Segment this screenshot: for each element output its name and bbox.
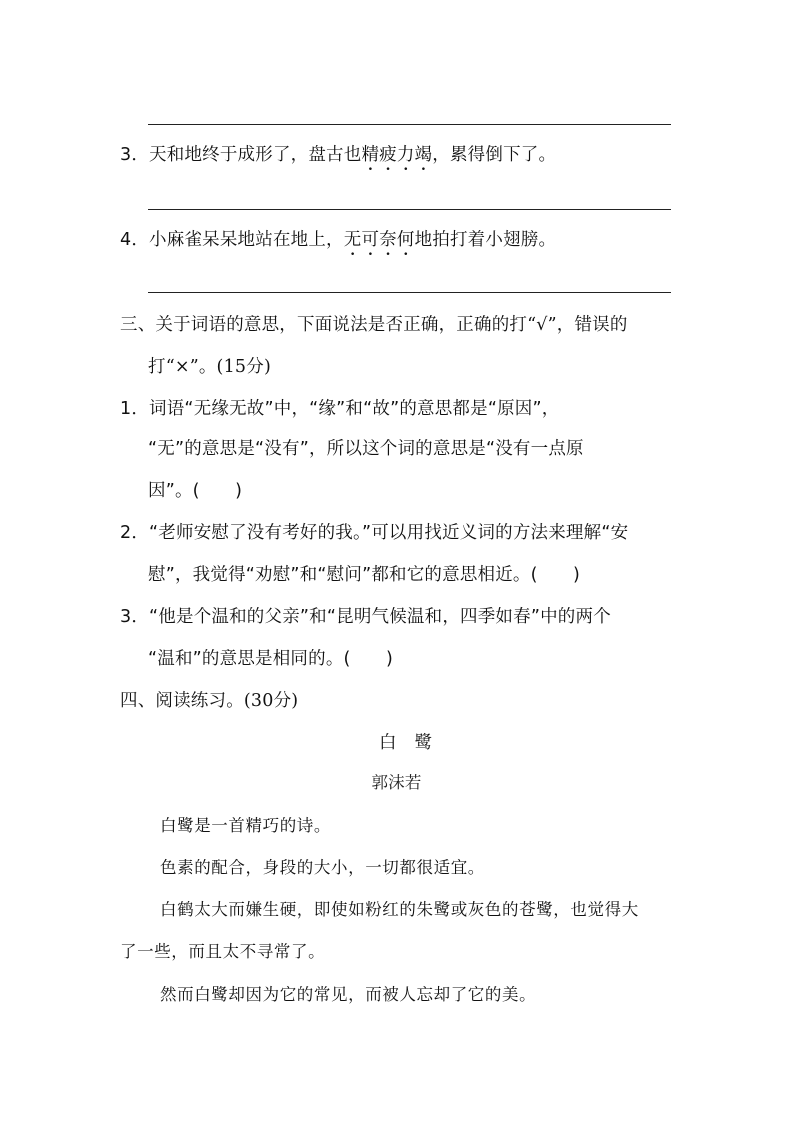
answer-line-3[interactable] [148, 209, 671, 210]
passage-paragraph-1: 白鹭是一首精巧的诗。 [160, 814, 331, 838]
answer-line-2 [148, 124, 671, 125]
article-author: 郭沫若 [0, 771, 793, 795]
judge-item-3-line1: 3．“他是个温和的父亲”和“昆明气候温和，四季如春”中的两个 [120, 605, 611, 629]
article-title: 白鹭 [0, 731, 793, 755]
item-number: 3． [120, 145, 149, 165]
judge-item-3-line2[interactable]: “温和”的意思是相同的。( ) [148, 647, 393, 671]
passage-paragraph-3-cont: 了一些，而且太不寻常了。 [120, 940, 325, 964]
worksheet-page: 3．天和地终于成形了，盘古也精疲力竭，累得倒下了。 4．小麻雀呆呆地站在地上，无… [0, 0, 793, 1122]
sentence-text: 地拍打着小翅膀。 [415, 230, 557, 250]
sentence-text: ，累得倒下了。 [432, 145, 556, 165]
judge-item-2-line1: 2．“老师安慰了没有考好的我。”可以用找近义词的方法来理解“安 [120, 521, 628, 545]
passage-paragraph-2: 色素的配合，身段的大小，一切都很适宜。 [160, 856, 485, 880]
judge-item-2-line2[interactable]: 慰”，我觉得“劝慰”和“慰问”都和它的意思相近。( ) [148, 563, 580, 587]
sentence-text: 小麻雀呆呆地站在地上， [149, 230, 344, 250]
section-3-heading-cont: 打“×”。(15分) [148, 355, 271, 379]
passage-paragraph-4: 然而白鹭却因为它的常见，而被人忘却了它的美。 [160, 983, 536, 1007]
judge-item-1-line3[interactable]: 因”。( ) [148, 479, 242, 503]
sentence-text: 天和地终于成形了，盘古也 [149, 145, 361, 165]
judge-item-1-line2: “无”的意思是“没有”，所以这个词的意思是“没有一点原 [148, 437, 584, 461]
emphasized-word: 无可奈何 [344, 230, 415, 250]
sentence-item-4: 4．小麻雀呆呆地站在地上，无可奈何地拍打着小翅膀。 [120, 228, 556, 260]
section-4-heading: 四、阅读练习。(30分) [120, 689, 298, 713]
section-3-heading: 三、关于词语的意思，下面说法是否正确，正确的打“√”，错误的 [120, 313, 628, 337]
item-number: 4． [120, 230, 149, 250]
sentence-item-3: 3．天和地终于成形了，盘古也精疲力竭，累得倒下了。 [120, 143, 556, 175]
passage-paragraph-3: 白鹤太大而嫌生硬，即使如粉红的朱鹭或灰色的苍鹭，也觉得大 [160, 898, 639, 922]
answer-line-4[interactable] [148, 292, 671, 293]
judge-item-1-line1: 1．词语“无缘无故”中，“缘”和“故”的意思都是“原因”， [120, 397, 559, 421]
emphasized-word: 精疲力竭 [361, 145, 432, 165]
